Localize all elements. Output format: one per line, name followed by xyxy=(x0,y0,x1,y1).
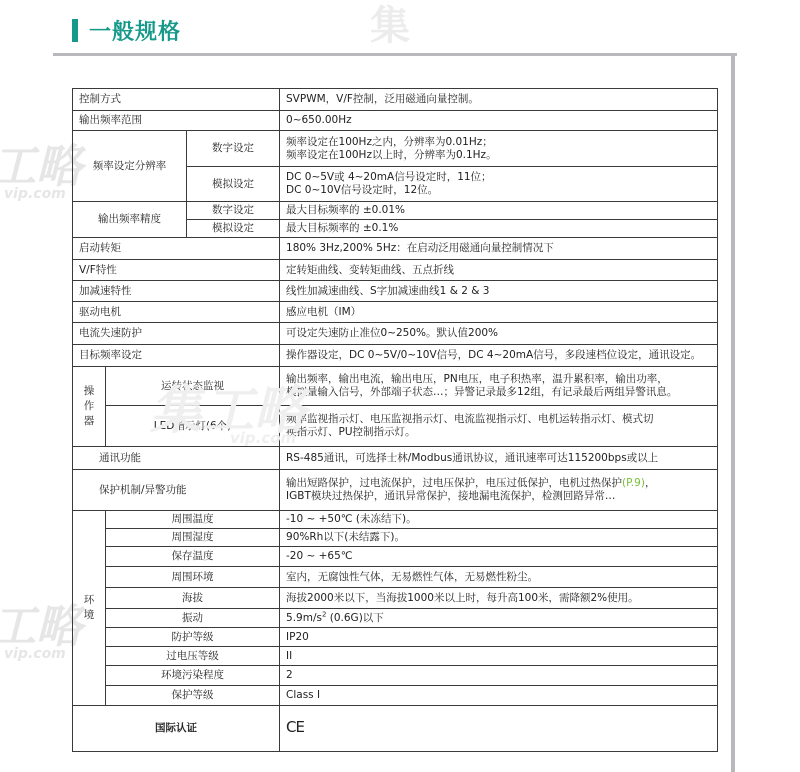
table-row: 振动 5.9m/s2 (0.6G)以下 xyxy=(73,609,718,628)
row-label: V/F特性 xyxy=(73,260,280,281)
group-label: 输出频率精度 xyxy=(73,202,187,238)
table-row: 控制方式 SVPWM，V/F控制，泛用磁通向量控制。 xyxy=(73,89,718,111)
table-row: 加减速特性 线性加减速曲线、S字加减速曲线1 & 2 & 3 xyxy=(73,281,718,302)
table-row: 频率设定分辨率 数字设定 频率设定在100Hz之内，分辨率为0.01Hz； 频率… xyxy=(73,131,718,167)
sub-label: 模拟设定 xyxy=(187,167,280,202)
sub-label: 振动 xyxy=(106,609,280,628)
table-row: 海拔 海拔2000米以下，当海拔1000米以上时，每升高100米，需降额2%使用… xyxy=(73,588,718,609)
row-value: -20 ~ +65℃ xyxy=(280,547,718,567)
table-row: V/F特性 定转矩曲线、变转矩曲线、五点折线 xyxy=(73,260,718,281)
table-row: 过电压等级 II xyxy=(73,647,718,666)
sub-label: 数字设定 xyxy=(187,202,280,220)
watermark-left-2: 工略vip.com xyxy=(0,590,82,662)
sub-label: LED指示灯(6个) xyxy=(106,406,280,447)
row-value: RS-485通讯，可选择士林/Modbus通讯协议，通讯速率可达115200bp… xyxy=(280,447,718,470)
page-title: 一般规格 xyxy=(89,15,181,46)
row-value: 90%Rh以下(未结露下)。 xyxy=(280,529,718,547)
table-row: 国际认证 CE xyxy=(73,706,718,752)
table-row: 周围环境 室内，无腐蚀性气体，无易燃性气体，无易燃性粉尘。 xyxy=(73,567,718,588)
ce-mark: CE xyxy=(280,706,718,752)
group-label: 频率设定分辨率 xyxy=(73,131,187,202)
table-row: 保存温度 -20 ~ +65℃ xyxy=(73,547,718,567)
row-value: II xyxy=(280,647,718,666)
watermark-top: 集 xyxy=(370,0,410,51)
row-value: 180% 3Hz,200% 5Hz：在启动泛用磁通向量控制情况下 xyxy=(280,238,718,260)
sub-label: 周围环境 xyxy=(106,567,280,588)
sub-label: 保存温度 xyxy=(106,547,280,567)
group-label-environment: 环境 xyxy=(73,511,106,706)
row-value: 频率监视指示灯、电压监视指示灯、电流监视指示灯、电机运转指示灯、模式切 换指示灯… xyxy=(280,406,718,447)
table-row: 启动转矩 180% 3Hz,200% 5Hz：在启动泛用磁通向量控制情况下 xyxy=(73,238,718,260)
row-value: 输出短路保护，过电流保护，过电压保护，电压过低保护，电机过热保护(P.9)， I… xyxy=(280,470,718,511)
sub-label: 数字设定 xyxy=(187,131,280,167)
table-row: 目标频率设定 操作器设定，DC 0~5V/0~10V信号，DC 4~20mA信号… xyxy=(73,345,718,367)
row-value: IP20 xyxy=(280,628,718,647)
page-edge-divider xyxy=(731,53,735,772)
table-row: 通讯功能 RS-485通讯，可选择士林/Modbus通讯协议，通讯速率可达115… xyxy=(73,447,718,470)
ce-icon: CE xyxy=(286,718,304,736)
table-row: 电流失速防护 可设定失速防止准位0~250%。默认值200% xyxy=(73,323,718,345)
table-row: 防护等级 IP20 xyxy=(73,628,718,647)
row-label: 通讯功能 xyxy=(73,447,280,470)
table-row: 驱动电机 感应电机（IM） xyxy=(73,302,718,323)
row-label: 驱动电机 xyxy=(73,302,280,323)
group-label-operator: 操作器 xyxy=(73,367,106,447)
table-row: 保护等级 Class I xyxy=(73,686,718,706)
sub-label: 海拔 xyxy=(106,588,280,609)
sub-label: 周围湿度 xyxy=(106,529,280,547)
sub-label: 运转状态监视 xyxy=(106,367,280,406)
table-row: 环境污染程度 2 xyxy=(73,666,718,686)
row-value: 最大目标频率的 ±0.1% xyxy=(280,220,718,238)
row-value: 5.9m/s2 (0.6G)以下 xyxy=(280,609,718,628)
row-label: 加减速特性 xyxy=(73,281,280,302)
row-value: 海拔2000米以下，当海拔1000米以上时，每升高100米，需降额2%使用。 xyxy=(280,588,718,609)
row-value: 线性加减速曲线、S字加减速曲线1 & 2 & 3 xyxy=(280,281,718,302)
table-row: 输出频率范围 0~650.00Hz xyxy=(73,111,718,131)
row-value: -10 ~ +50℃ (未冻结下)。 xyxy=(280,511,718,529)
row-label: 保护机制/异警功能 xyxy=(73,470,280,511)
row-value: 输出频率，输出电流，输出电压，PN电压，电子积热率，温升累积率，输出功率， 模拟… xyxy=(280,367,718,406)
row-value: 0~650.00Hz xyxy=(280,111,718,131)
sub-label: 环境污染程度 xyxy=(106,666,280,686)
row-value: 定转矩曲线、变转矩曲线、五点折线 xyxy=(280,260,718,281)
row-value: Class I xyxy=(280,686,718,706)
row-value: SVPWM，V/F控制，泛用磁通向量控制。 xyxy=(280,89,718,111)
spec-table: 控制方式 SVPWM，V/F控制，泛用磁通向量控制。 输出频率范围 0~650.… xyxy=(72,88,718,752)
row-label: 控制方式 xyxy=(73,89,280,111)
sub-label: 周围温度 xyxy=(106,511,280,529)
title-accent-bar xyxy=(72,19,78,42)
row-value: 2 xyxy=(280,666,718,686)
row-label: 国际认证 xyxy=(73,706,280,752)
page-reference: (P.9) xyxy=(622,477,645,489)
sub-label: 防护等级 xyxy=(106,628,280,647)
row-label: 电流失速防护 xyxy=(73,323,280,345)
sub-label: 模拟设定 xyxy=(187,220,280,238)
table-row: 操作器 运转状态监视 输出频率，输出电流，输出电压，PN电压，电子积热率，温升累… xyxy=(73,367,718,406)
row-value: 可设定失速防止准位0~250%。默认值200% xyxy=(280,323,718,345)
table-row: LED指示灯(6个) 频率监视指示灯、电压监视指示灯、电流监视指示灯、电机运转指… xyxy=(73,406,718,447)
row-label: 输出频率范围 xyxy=(73,111,280,131)
header-divider xyxy=(53,53,737,56)
table-row: 周围湿度 90%Rh以下(未结露下)。 xyxy=(73,529,718,547)
row-label: 目标频率设定 xyxy=(73,345,280,367)
row-value: 最大目标频率的 ±0.01% xyxy=(280,202,718,220)
row-value: 操作器设定，DC 0~5V/0~10V信号，DC 4~20mA信号，多段速档位设… xyxy=(280,345,718,367)
sub-label: 保护等级 xyxy=(106,686,280,706)
row-value: 感应电机（IM） xyxy=(280,302,718,323)
table-row: 输出频率精度 数字设定 最大目标频率的 ±0.01% xyxy=(73,202,718,220)
row-label: 启动转矩 xyxy=(73,238,280,260)
row-value: DC 0~5V或 4~20mA信号设定时，11位； DC 0~10V信号设定时，… xyxy=(280,167,718,202)
table-row: 保护机制/异警功能 输出短路保护，过电流保护，过电压保护，电压过低保护，电机过热… xyxy=(73,470,718,511)
row-value: 频率设定在100Hz之内，分辨率为0.01Hz； 频率设定在100Hz以上时，分… xyxy=(280,131,718,167)
sub-label: 过电压等级 xyxy=(106,647,280,666)
watermark-left-1: 工略vip.com xyxy=(0,130,82,202)
table-row: 环境 周围温度 -10 ~ +50℃ (未冻结下)。 xyxy=(73,511,718,529)
row-value: 室内，无腐蚀性气体，无易燃性气体，无易燃性粉尘。 xyxy=(280,567,718,588)
